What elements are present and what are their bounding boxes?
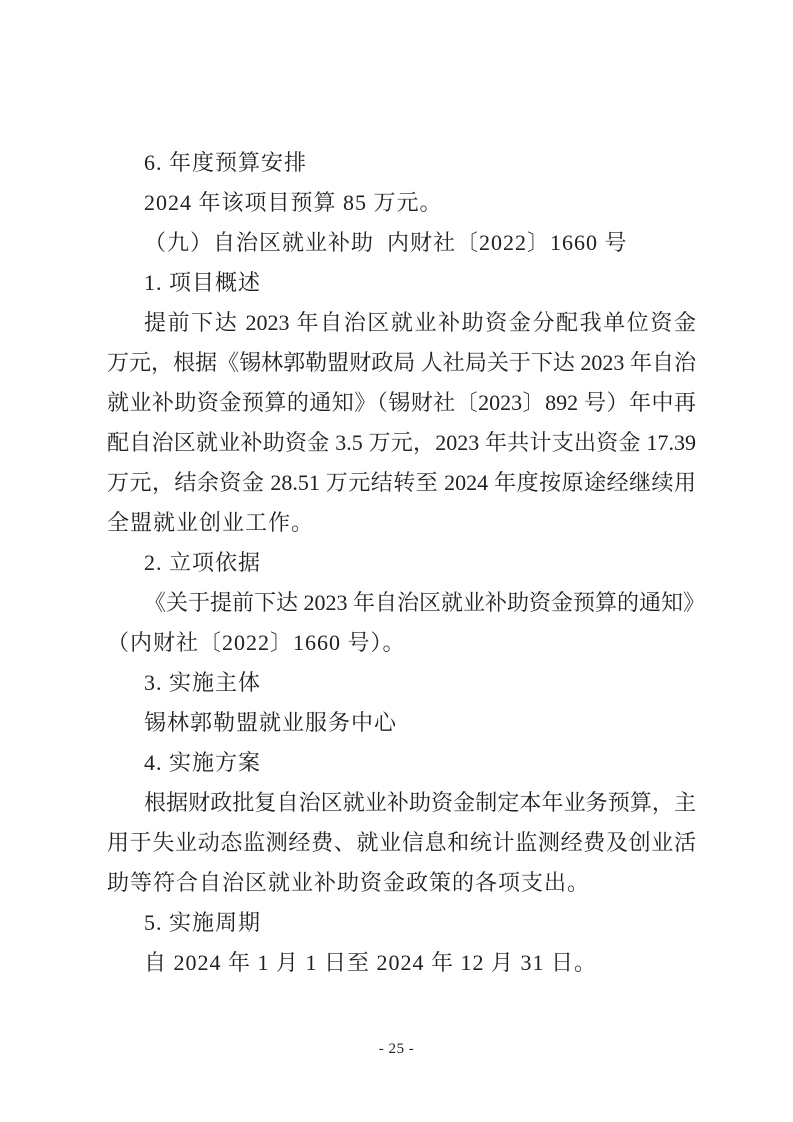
text-line-16: 4. 实施方案 <box>107 743 696 783</box>
text-line-13: （内财社〔2022〕1660 号）。 <box>107 623 696 663</box>
text-line-12: 《关于提前下达 2023 年自治区就业补助资金预算的通知》 <box>107 583 696 623</box>
text-line-6: 万元，根据《锡林郭勒盟财政局 人社局关于下达 2023 年自治区 <box>107 343 696 383</box>
text-line-5: 提前下达 2023 年自治区就业补助资金分配我单位资金 45.9 <box>107 303 696 343</box>
text-line-1: 6. 年度预算安排 <box>107 143 696 183</box>
text-line-4: 1. 项目概述 <box>107 263 696 303</box>
text-line-2: 2024 年该项目预算 85 万元。 <box>107 183 696 223</box>
text-line-8: 配自治区就业补助资金 3.5 万元，2023 年共计支出资金 17.39 <box>107 423 696 463</box>
document-body: 6. 年度预算安排2024 年该项目预算 85 万元。（九）自治区就业补助 内财… <box>107 143 696 983</box>
text-line-21: 自 2024 年 1 月 1 日至 2024 年 12 月 31 日。 <box>107 943 696 983</box>
text-line-18: 用于失业动态监测经费、就业信息和统计监测经费及创业活动补 <box>107 823 696 863</box>
text-line-9: 万元，结余资金 28.51 万元结转至 2024 年度按原途经继续用于 <box>107 463 696 503</box>
text-line-15: 锡林郭勒盟就业服务中心 <box>107 703 696 743</box>
text-line-14: 3. 实施主体 <box>107 663 696 703</box>
text-line-7: 就业补助资金预算的通知》（锡财社〔2023〕892 号）年中再分 <box>107 383 696 423</box>
text-line-3: （九）自治区就业补助 内财社〔2022〕1660 号 <box>107 223 696 263</box>
text-line-20: 5. 实施周期 <box>107 903 696 943</box>
page-number: - 25 - <box>0 1041 793 1058</box>
text-line-17: 根据财政批复自治区就业补助资金制定本年业务预算，主要 <box>107 783 696 823</box>
document-page: 6. 年度预算安排2024 年该项目预算 85 万元。（九）自治区就业补助 内财… <box>0 0 793 1122</box>
text-line-10: 全盟就业创业工作。 <box>107 503 696 543</box>
text-line-19: 助等符合自治区就业补助资金政策的各项支出。 <box>107 863 696 903</box>
text-line-11: 2. 立项依据 <box>107 543 696 583</box>
